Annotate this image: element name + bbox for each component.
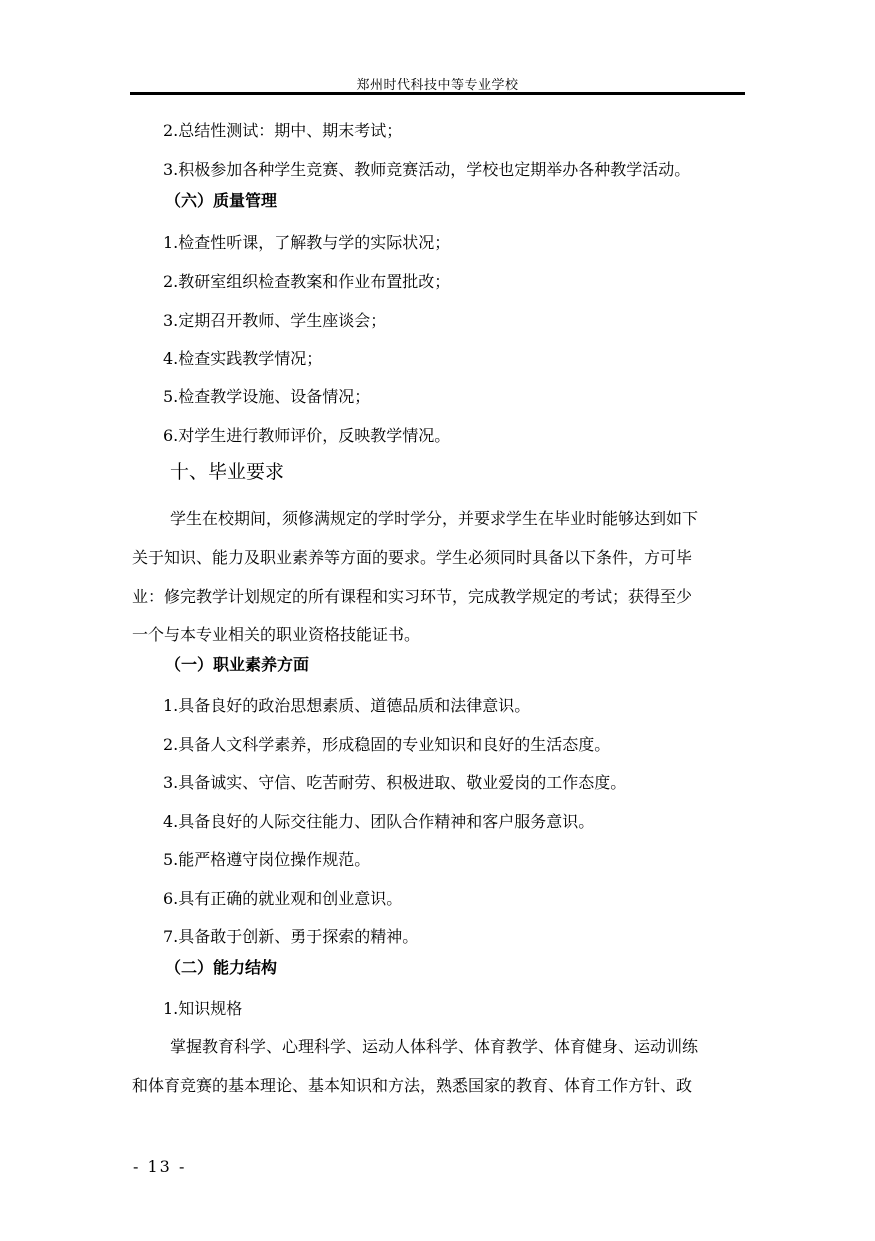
- list-item: 1.具备良好的政治思想素质、道德品质和法律意识。: [163, 696, 778, 716]
- list-item: 4.检查实践教学情况；: [163, 349, 778, 369]
- chapter-heading-graduation: 十、毕业要求: [170, 462, 785, 482]
- list-item: 2.总结性测试：期中、期末考试；: [163, 121, 778, 141]
- section-heading-ability-structure: （二）能力结构: [165, 958, 780, 978]
- list-item: 3.具备诚实、守信、吃苦耐劳、积极进取、敬业爱岗的工作态度。: [163, 773, 778, 793]
- paragraph-line: 业：修完教学计划规定的所有课程和实习环节，完成教学规定的考试；获得至少: [132, 587, 747, 607]
- header-rule: [130, 92, 745, 95]
- paragraph-line: 掌握教育科学、心理科学、运动人体科学、体育教学、体育健身、运动训练: [170, 1037, 785, 1057]
- list-item: 6.对学生进行教师评价，反映教学情况。: [163, 426, 778, 446]
- list-item: 2.教研室组织检查教案和作业布置批改；: [163, 272, 778, 292]
- paragraph-line: 关于知识、能力及职业素养等方面的要求。学生必须同时具备以下条件，方可毕: [132, 548, 747, 568]
- paragraph-line: 一个与本专业相关的职业资格技能证书。: [132, 625, 747, 645]
- page-header-title: 郑州时代科技中等专业学校: [130, 74, 745, 93]
- list-item: 1.检查性听课，了解教与学的实际状况；: [163, 233, 778, 253]
- paragraph-line: 和体育竞赛的基本理论、基本知识和方法，熟悉国家的教育、体育工作方针、政: [132, 1076, 747, 1096]
- list-item: 3.积极参加各种学生竞赛、教师竞赛活动，学校也定期举办各种教学活动。: [163, 160, 778, 180]
- paragraph-line: 学生在校期间，须修满规定的学时学分，并要求学生在毕业时能够达到如下: [170, 509, 785, 529]
- list-item: 3.定期召开教师、学生座谈会；: [163, 311, 778, 331]
- section-heading-professional-quality: （一）职业素养方面: [165, 655, 780, 675]
- list-item: 4.具备良好的人际交往能力、团队合作精神和客户服务意识。: [163, 812, 778, 832]
- list-item: 2.具备人文科学素养，形成稳固的专业知识和良好的生活态度。: [163, 735, 778, 755]
- list-item: 6.具有正确的就业观和创业意识。: [163, 889, 778, 909]
- list-item: 5.检查教学设施、设备情况；: [163, 387, 778, 407]
- list-item: 1.知识规格: [163, 999, 778, 1019]
- section-heading-quality: （六）质量管理: [165, 191, 780, 211]
- page-number: - 13 -: [133, 1157, 186, 1176]
- list-item: 7.具备敢于创新、勇于探索的精神。: [163, 927, 778, 947]
- list-item: 5.能严格遵守岗位操作规范。: [163, 850, 778, 870]
